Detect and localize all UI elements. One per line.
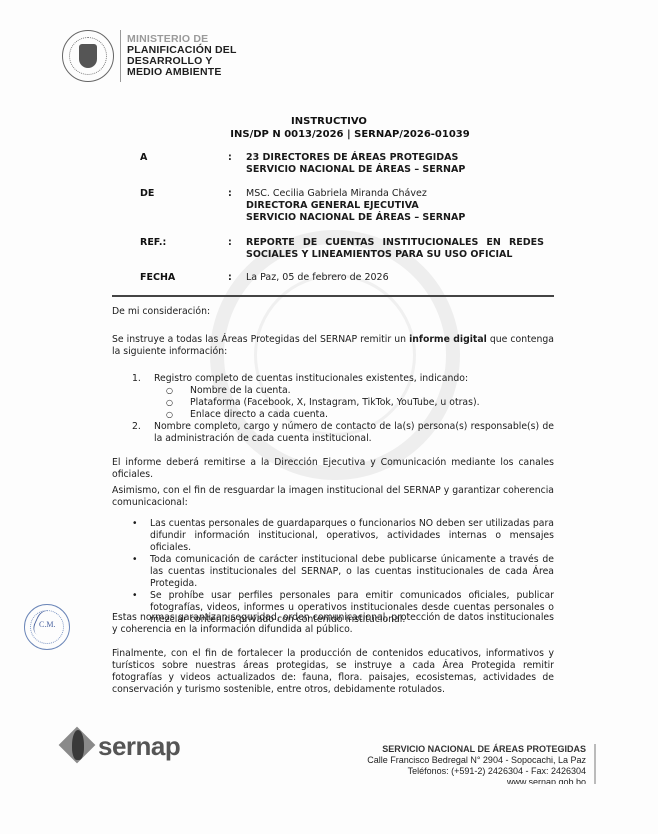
sender-org: SERVICIO NACIONAL DE ÁREAS – SERNAP [246, 212, 546, 224]
greeting: De mi consideración: [112, 306, 554, 318]
intro-bold: informe digital [409, 334, 487, 345]
field-label: DE [140, 188, 228, 224]
norms-text: Estas normas garantizan seguridad, orden… [112, 612, 554, 636]
bullet-icon: • [132, 518, 137, 530]
rule-text: Toda comunicación de carácter institucio… [150, 554, 554, 589]
reference-code: INS/DP N 0013/2026 | SERNAP/2026-01039 [40, 129, 658, 140]
footer-org: SERVICIO NACIONAL DE ÁREAS PROTEGIDAS [367, 744, 586, 755]
field-value: La Paz, 05 de febrero de 2026 [246, 272, 546, 284]
item-text: Registro completo de cuentas institucion… [154, 373, 468, 384]
sub-item: ○Plataforma (Facebook, X, Instagram, Tik… [164, 397, 554, 409]
rule-item: •Toda comunicación de carácter instituci… [128, 554, 554, 590]
item-text: Nombre completo, cargo y número de conta… [154, 421, 554, 444]
field-value: MSC. Cecilia Gabriela Miranda Chávez DIR… [246, 188, 546, 224]
header-rule [112, 295, 554, 297]
asimismo-text: Asimismo, con el fin de resguardar la im… [112, 485, 554, 509]
field-from: DE : MSC. Cecilia Gabriela Miranda Cháve… [140, 188, 546, 224]
field-colon: : [228, 237, 246, 261]
circle-bullet-icon: ○ [166, 385, 173, 397]
submission-paragraph: El informe deberá remitirse a la Direcci… [112, 457, 554, 481]
recipient-line: 23 DIRECTORES DE ÁREAS PROTEGIDAS [246, 152, 546, 164]
sub-item-text: Nombre de la cuenta. [190, 385, 291, 396]
field-value: 23 DIRECTORES DE ÁREAS PROTEGIDAS SERVIC… [246, 152, 546, 176]
sub-item: ○Nombre de la cuenta. [164, 385, 554, 397]
intro-text: Se instruye a todas las Áreas Protegidas… [112, 334, 554, 358]
footer-address: Calle Francisco Bedregal N° 2904 - Sopoc… [367, 755, 586, 766]
signature-stamp-icon: C.M. [24, 604, 70, 650]
list-item: 1. Registro completo de cuentas instituc… [132, 373, 554, 421]
ministry-name: MINISTERIO DE PLANIFICACIÓN DEL DESARROL… [127, 34, 237, 78]
intro-pre: Se instruye a todas las Áreas Protegidas… [112, 334, 409, 345]
document-type: INSTRUCTIVO [0, 116, 658, 127]
stamp-initials: C.M. [39, 620, 55, 629]
item-number: 2. [132, 421, 141, 433]
circle-bullet-icon: ○ [166, 397, 173, 409]
field-label: A [140, 152, 228, 176]
field-colon: : [228, 272, 246, 284]
item-number: 1. [132, 373, 141, 385]
field-ref: REF.: : REPORTE DE CUENTAS INSTITUCIONAL… [140, 237, 544, 261]
sub-item-text: Enlace directo a cada cuenta. [190, 409, 328, 420]
submission-text: El informe deberá remitirse a la Direcci… [112, 457, 554, 481]
sender-name: MSC. Cecilia Gabriela Miranda Chávez [246, 188, 546, 200]
field-value: REPORTE DE CUENTAS INSTITUCIONALES EN RE… [246, 237, 544, 261]
bullet-icon: • [132, 554, 137, 566]
intro-paragraph: Se instruye a todas las Áreas Protegidas… [112, 334, 554, 358]
rule-text: Las cuentas personales de guardaparques … [150, 518, 554, 553]
footer-phones: Teléfonos: (+591-2) 2426304 - Fax: 24263… [367, 766, 586, 777]
numbered-list: 1. Registro completo de cuentas instituc… [132, 373, 554, 445]
list-item: 2. Nombre completo, cargo y número de co… [132, 421, 554, 445]
asimismo-paragraph: Asimismo, con el fin de resguardar la im… [112, 485, 554, 509]
letterhead: MINISTERIO DE PLANIFICACIÓN DEL DESARROL… [62, 30, 237, 82]
ministry-line: MEDIO AMBIENTE [127, 67, 237, 78]
sernap-logo: sernap [60, 728, 180, 764]
field-date: FECHA : La Paz, 05 de febrero de 2026 [140, 272, 546, 284]
closing-paragraph: Finalmente, con el fin de fortalecer la … [112, 648, 554, 696]
sernap-leaf-logo-icon [60, 728, 96, 764]
document-page: MINISTERIO DE PLANIFICACIÓN DEL DESARROL… [0, 0, 658, 834]
footer-contact: SERVICIO NACIONAL DE ÁREAS PROTEGIDAS Ca… [367, 744, 596, 784]
field-label: FECHA [140, 272, 228, 284]
bullet-icon: • [132, 590, 137, 602]
closing-text: Finalmente, con el fin de fortalecer la … [112, 648, 554, 696]
coat-of-arms-seal-icon [62, 30, 114, 82]
field-label: REF.: [140, 237, 228, 261]
subject-line: REPORTE DE CUENTAS INSTITUCIONALES EN RE… [246, 237, 544, 249]
rule-item: •Las cuentas personales de guardaparques… [128, 518, 554, 554]
field-colon: : [228, 188, 246, 224]
sender-title: DIRECTORA GENERAL EJECUTIVA [246, 200, 546, 212]
header-divider [120, 30, 121, 82]
sub-item-text: Plataforma (Facebook, X, Instagram, TikT… [190, 397, 480, 408]
recipient-line: SERVICIO NACIONAL DE ÁREAS – SERNAP [246, 164, 546, 176]
field-colon: : [228, 152, 246, 176]
norms-paragraph: Estas normas garantizan seguridad, orden… [112, 612, 554, 636]
date-value: La Paz, 05 de febrero de 2026 [246, 272, 546, 284]
circle-bullet-icon: ○ [166, 409, 173, 421]
footer-website: www.sernap.gob.bo [367, 777, 586, 784]
greeting-text: De mi consideración: [112, 306, 554, 318]
rules-list: •Las cuentas personales de guardaparques… [128, 518, 554, 626]
sub-item: ○Enlace directo a cada cuenta. [164, 409, 554, 421]
field-to: A : 23 DIRECTORES DE ÁREAS PROTEGIDAS SE… [140, 152, 546, 176]
brand-name: sernap [98, 733, 180, 759]
subject-line: SOCIALES Y LINEAMIENTOS PARA SU USO OFIC… [246, 249, 544, 261]
